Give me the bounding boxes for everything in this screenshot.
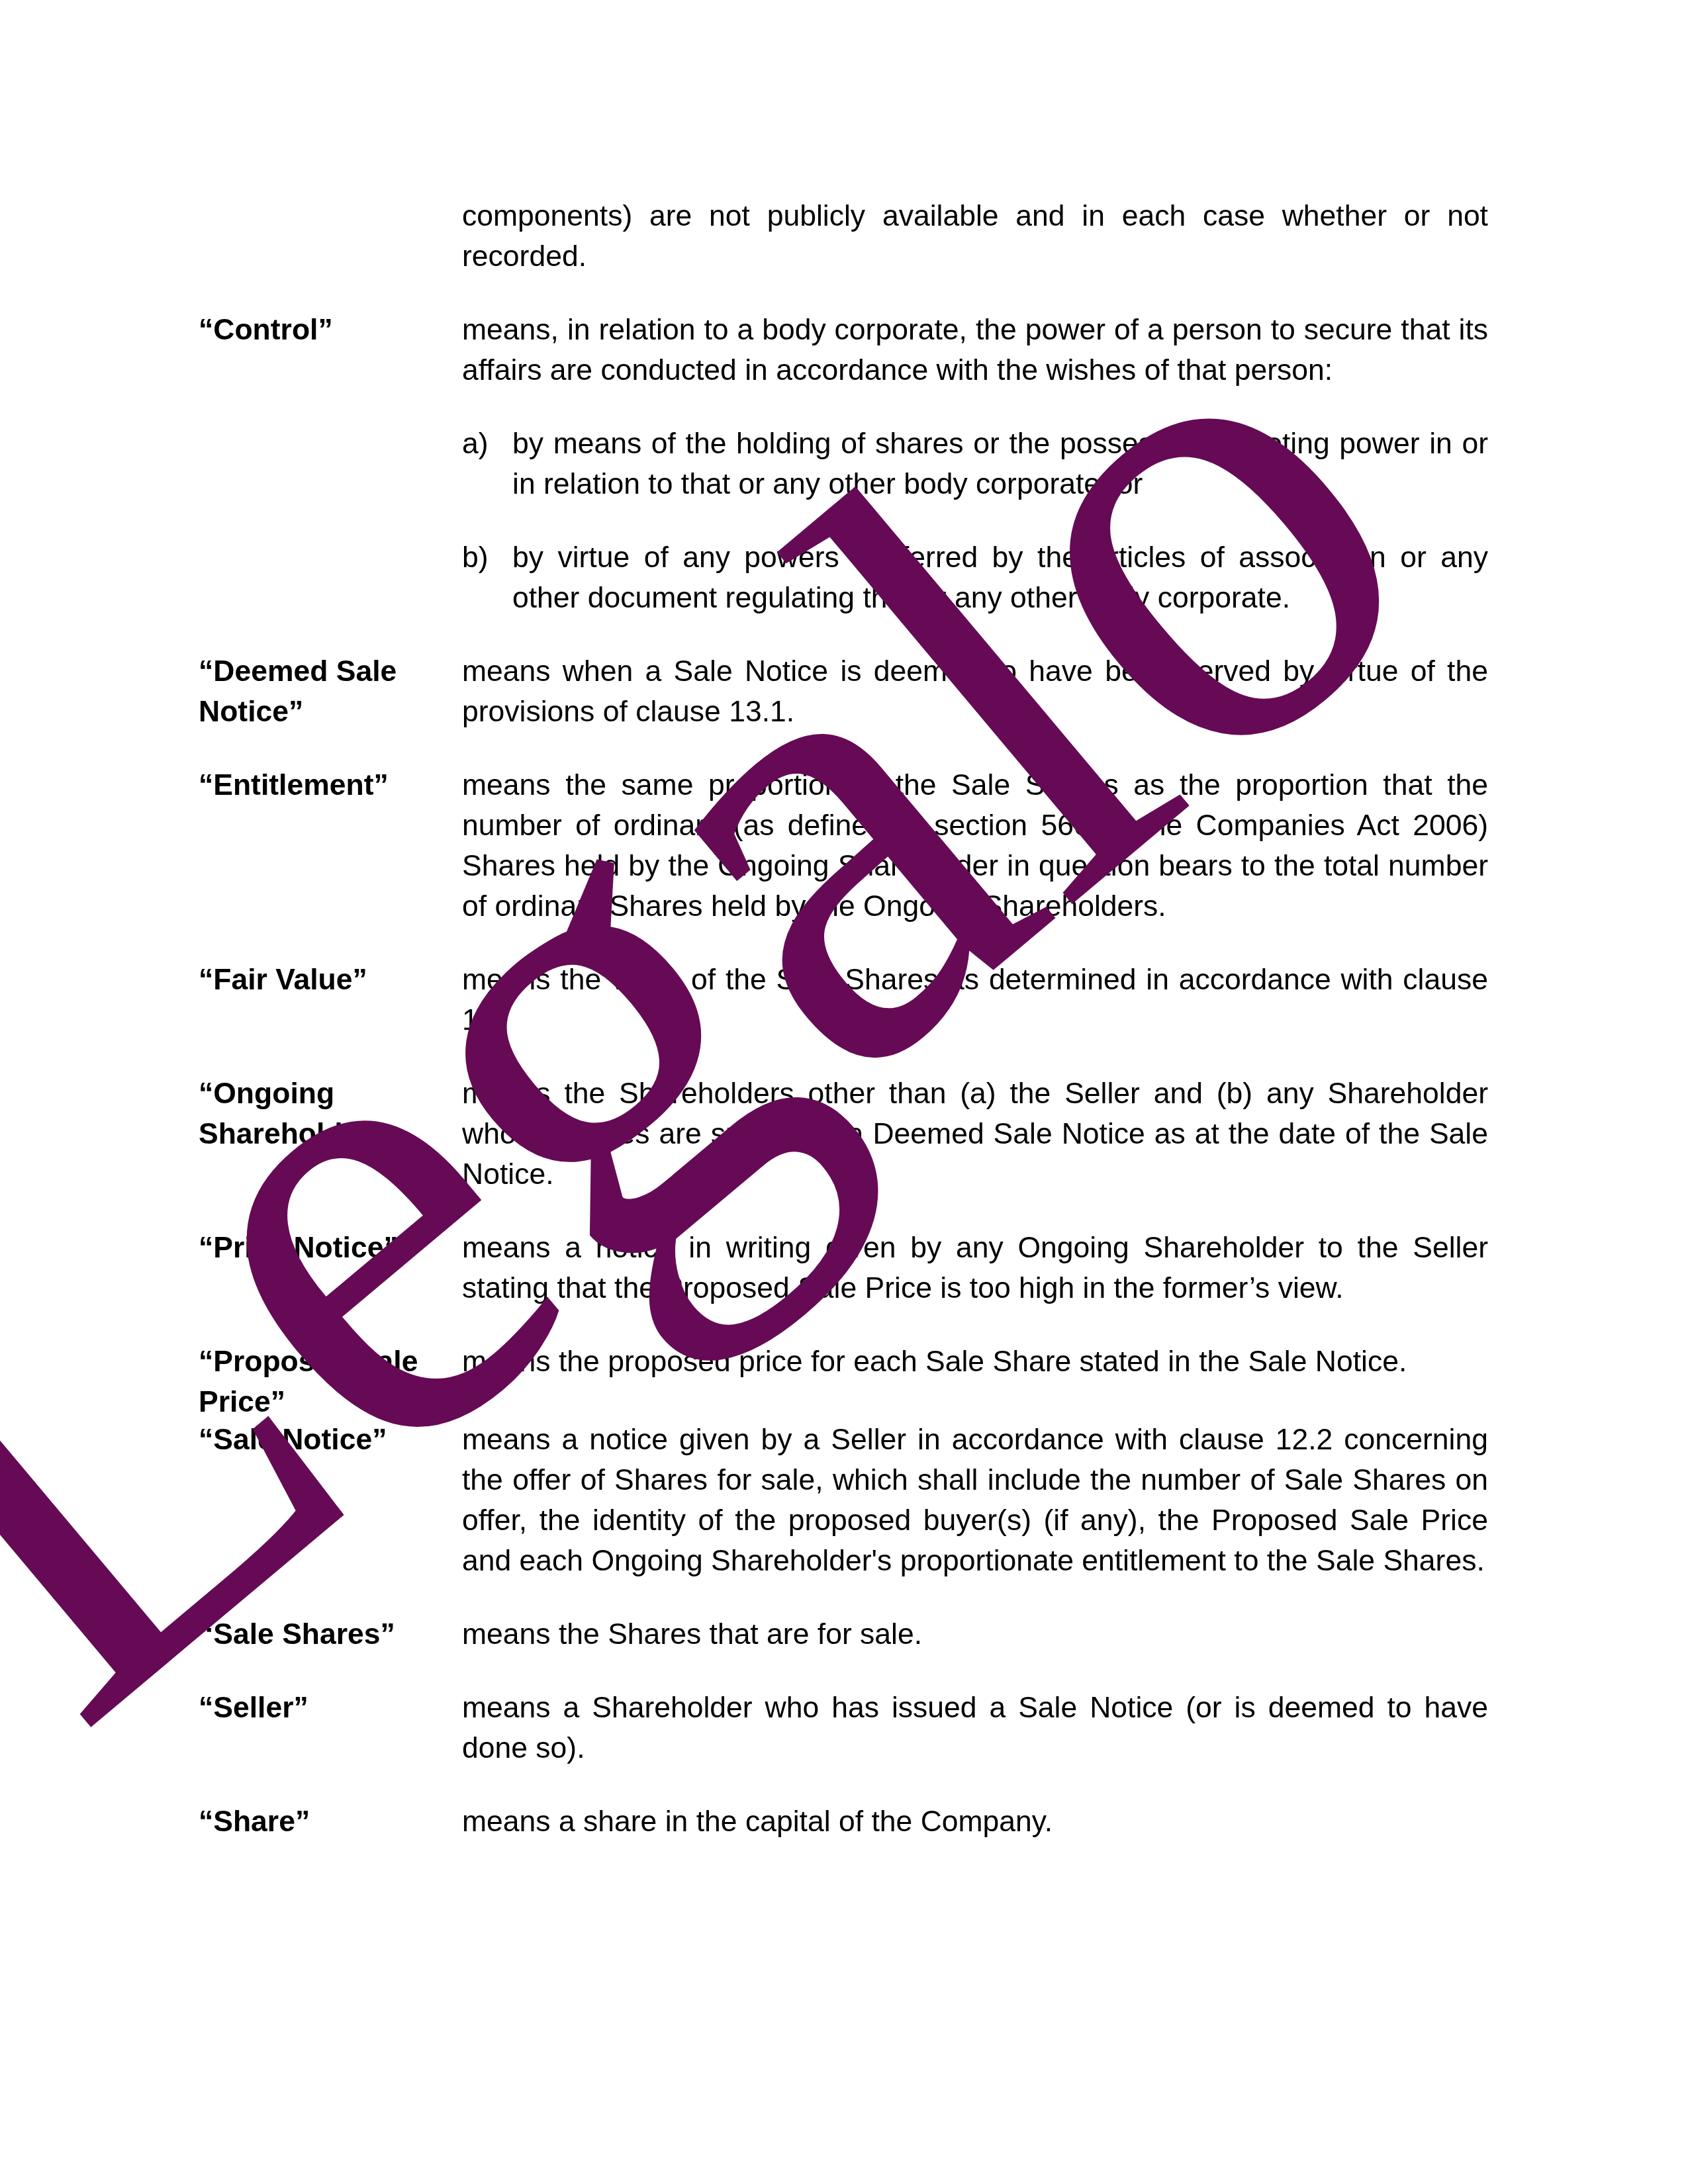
definition-row: “Sale Shares” means the Shares that are … xyxy=(199,1614,1488,1655)
definition-row: “Price Notice” means a notice in writing… xyxy=(199,1228,1488,1308)
definition-text: means a Shareholder who has issued a Sal… xyxy=(462,1688,1488,1768)
definition-term: “Fair Value” xyxy=(199,960,462,1040)
definition-text: means a notice in writing given by any O… xyxy=(462,1228,1488,1308)
definition-term: “Sale Notice” xyxy=(199,1420,462,1581)
definition-text: means the Shares that are for sale. xyxy=(462,1614,1488,1655)
definition-row: “Control” means, in relation to a body c… xyxy=(199,310,1488,618)
definition-term: “Share” xyxy=(199,1801,462,1842)
sub-item-text: by virtue of any powers conferred by the… xyxy=(512,537,1488,618)
definition-text: means the value of the Sale Shares as de… xyxy=(462,960,1488,1040)
definition-row: “Seller” means a Shareholder who has iss… xyxy=(199,1688,1488,1768)
definition-term: “Entitlement” xyxy=(199,765,462,927)
definition-text: means a notice given by a Seller in acco… xyxy=(462,1420,1488,1581)
continuation-row: components) are not publicly available a… xyxy=(199,196,1488,277)
definition-row: “Entitlement” means the same proportion … xyxy=(199,765,1488,927)
definition-text: means the same proportion of the Sale Sh… xyxy=(462,765,1488,927)
term-empty xyxy=(199,196,462,277)
definition-term: “Ongoing Shareholder” xyxy=(199,1073,462,1195)
sub-item: b) by virtue of any powers conferred by … xyxy=(462,537,1488,618)
definition-term: “Control” xyxy=(199,310,462,618)
definition-term: “Deemed Sale Notice” xyxy=(199,651,462,732)
document-page: components) are not publicly available a… xyxy=(0,0,1688,2184)
sub-item: a) by means of the holding of shares or … xyxy=(462,424,1488,504)
definition-text: means the proposed price for each Sale S… xyxy=(462,1342,1488,1382)
definition-term: “Sale Shares” xyxy=(199,1614,462,1655)
definition-row: “Sale Notice” means a notice given by a … xyxy=(199,1420,1488,1581)
sub-item-text: by means of the holding of shares or the… xyxy=(512,424,1488,504)
definition-text: means when a Sale Notice is deemed to ha… xyxy=(462,651,1488,732)
definition-term: “Proposed Sale Price” xyxy=(199,1342,462,1422)
definition-row: “Share” means a share in the capital of … xyxy=(199,1801,1488,1842)
sub-item-label: b) xyxy=(462,537,512,618)
definition-term: “Price Notice” xyxy=(199,1228,462,1308)
definition-row: “Deemed Sale Notice” means when a Sale N… xyxy=(199,651,1488,732)
definition-row: “Fair Value” means the value of the Sale… xyxy=(199,960,1488,1040)
definition-text: means a share in the capital of the Comp… xyxy=(462,1801,1488,1842)
definition-term: “Seller” xyxy=(199,1688,462,1768)
continuation-text: components) are not publicly available a… xyxy=(462,196,1488,277)
definition-row: “Proposed Sale Price” means the proposed… xyxy=(199,1342,1488,1422)
definitions-body: components) are not publicly available a… xyxy=(199,196,1488,1875)
sub-item-label: a) xyxy=(462,424,512,504)
definition-text: means the Shareholders other than (a) th… xyxy=(462,1073,1488,1195)
definition-row: “Ongoing Shareholder” means the Sharehol… xyxy=(199,1073,1488,1195)
definition-text: means, in relation to a body corporate, … xyxy=(462,310,1488,390)
